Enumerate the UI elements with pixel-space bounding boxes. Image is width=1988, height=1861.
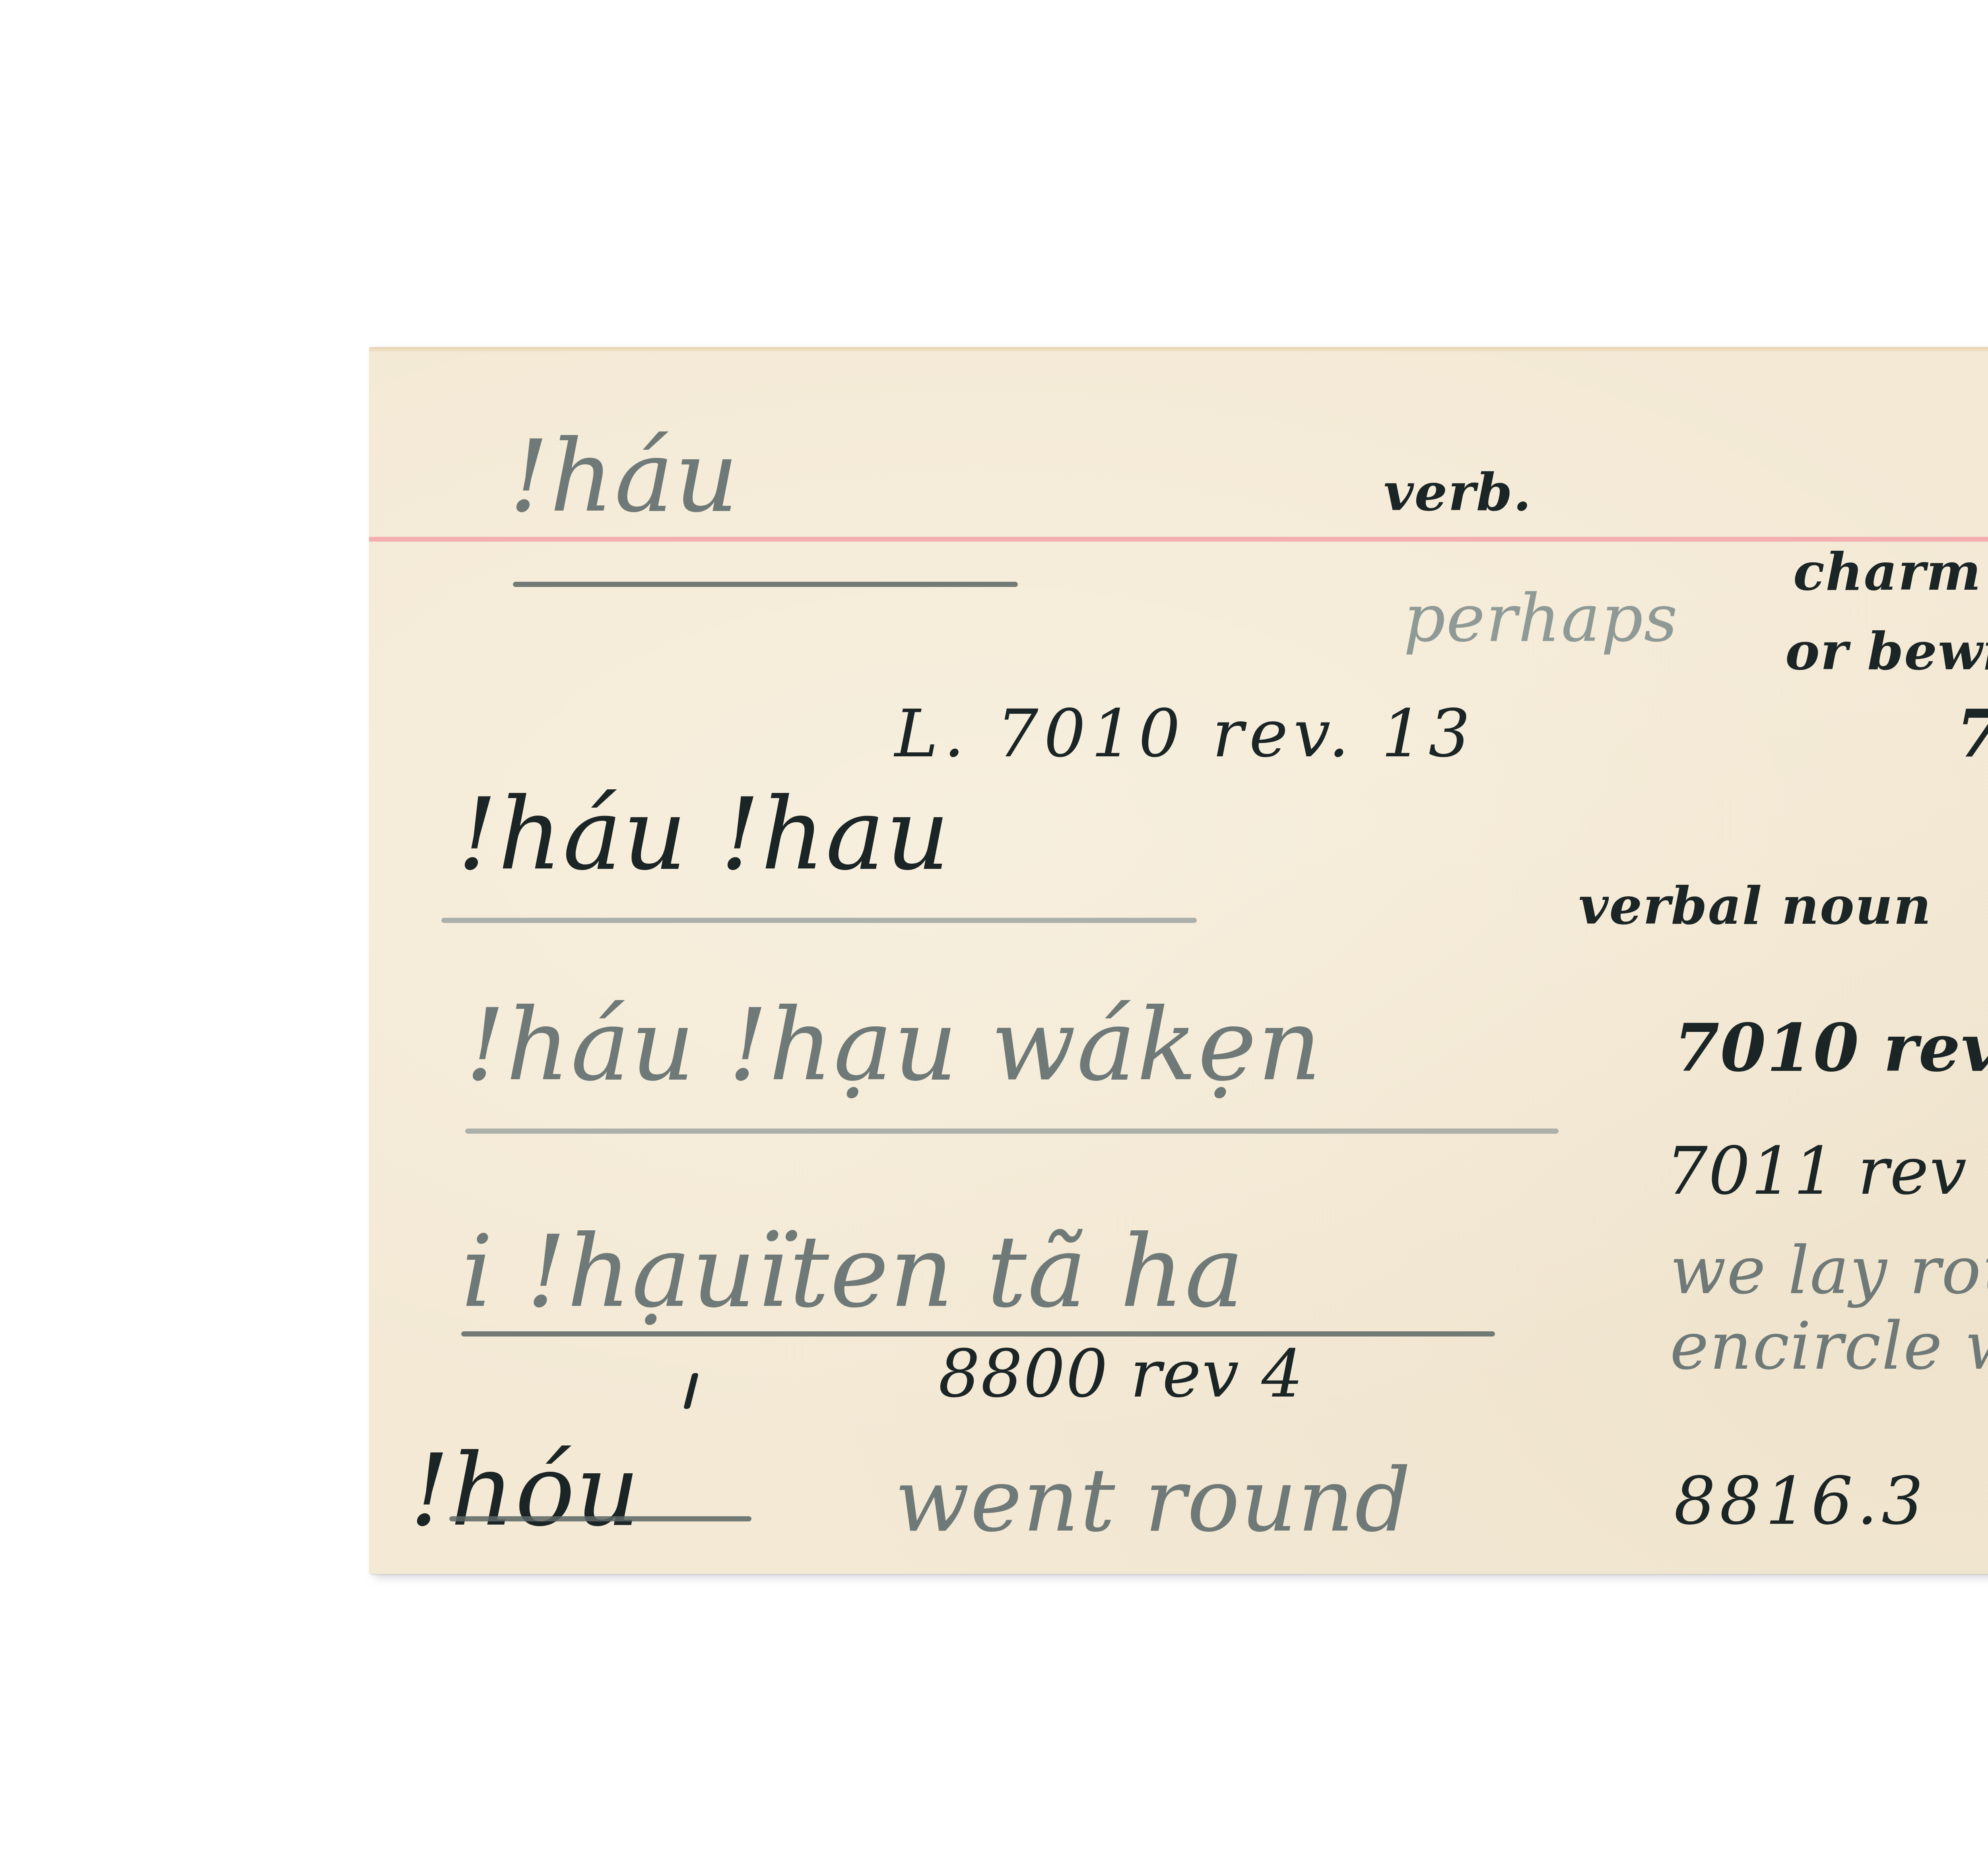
reference-8800-rev-4: 8800 rev 4 (938, 1341, 1304, 1407)
headword-hau: !háu (509, 427, 740, 526)
headword-underline (441, 918, 1197, 923)
gloss-went-round: went round (895, 1457, 1411, 1544)
gloss-verbal-noun: verbal noun (1578, 880, 1932, 932)
reference-7011: 7011 rev 2,6 (1956, 701, 1988, 767)
headword-underline (465, 1129, 1559, 1134)
index-card: !háu verb. perhaps charm or bewitch L. 7… (369, 347, 1988, 1574)
reference-7010-rev-19: 7010 rev 19. (1674, 1015, 1988, 1081)
note-or-bewitch: or bewitch (1785, 626, 1988, 677)
reference-8816-3: 8816.3 (1674, 1469, 1927, 1534)
reference-l-7010: L. 7010 rev. 13 (895, 701, 1476, 767)
headword-hau-hau: !háu !hau (457, 785, 951, 884)
headword-underline (449, 1516, 751, 1521)
part-of-speech-verb: verb. (1384, 466, 1532, 518)
reference-7011-rev-1: 7011 rev .1 (1666, 1138, 1988, 1204)
headword-underline (513, 582, 1018, 587)
note-charm: charm (1793, 546, 1982, 598)
note-perhaps: perhaps (1404, 586, 1678, 651)
headword-hau-hau-waken: !háu !hạu wákẹn (465, 995, 1322, 1095)
header-rule-line (369, 537, 1988, 542)
gloss-we-lay-round: we lay round (1670, 1238, 1988, 1303)
gloss-encircle-with: encircle with (1670, 1313, 1988, 1379)
headword-hou: !hóu (410, 1441, 641, 1540)
headword-i-hauiten-ta-ha: i !hạuïten tã ha (461, 1222, 1245, 1321)
accent-mark (683, 1373, 699, 1409)
